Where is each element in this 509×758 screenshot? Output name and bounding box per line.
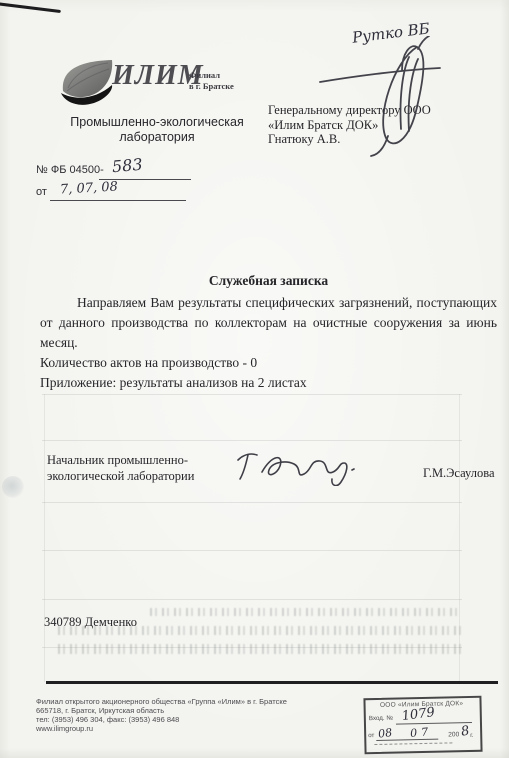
pen-stroke-artifact (0, 2, 61, 13)
hole-punch-smudge (2, 476, 24, 498)
bleed-line (42, 550, 462, 551)
memo-attachment-line: Приложение: результаты анализов на 2 лис… (40, 373, 497, 393)
memo-acts-line: Количество актов на производство - 0 (40, 353, 497, 373)
bleed-line (44, 394, 45, 682)
bleed-line (42, 394, 462, 395)
bleed-digits (58, 644, 462, 654)
stamp-date-month-handwritten: 07 (410, 725, 433, 740)
esaulova-signature (236, 446, 356, 486)
stamp-year-digit-handwritten: 8 (460, 724, 471, 740)
signoff-position-line: Начальник промышленно- (47, 452, 194, 468)
bleed-line (42, 599, 462, 600)
scanned-memo-page: ИЛИМ Филиал в г. Братске Промышленно-эко… (0, 0, 509, 758)
doc-date-label: от (36, 186, 47, 198)
memo-paragraph: Направляем Вам результаты специфических … (40, 293, 497, 353)
doc-date-line (50, 200, 186, 201)
footer-rule (46, 681, 498, 684)
department-name: лаборатория (56, 130, 258, 144)
ilim-leaf-logo-icon (60, 58, 116, 108)
stamp-year-printed: 200 (448, 731, 459, 738)
branch-label: в г. Братске (189, 81, 234, 91)
footer-line: 665718, г. Братск, Иркутская область (36, 706, 287, 715)
memo-title: Служебная записка (40, 271, 497, 291)
stamp-date-label: от (368, 732, 374, 739)
stamp-microtext-line (374, 742, 452, 745)
contact-line: 340789 Демченко (44, 615, 137, 630)
branch-label: Филиал (189, 70, 220, 80)
footer-link: www.ilimgroup.ru (36, 724, 287, 733)
bleed-digits (150, 608, 462, 616)
footer-line: Филиал открытого акционерного общества «… (36, 697, 287, 706)
signoff-position-line: экологической лаборатории (47, 468, 194, 484)
footer-block: Филиал открытого акционерного общества «… (36, 697, 287, 733)
bleed-line (42, 440, 462, 441)
doc-date-handwritten: 7, 07, 08 (60, 179, 119, 197)
doc-number-label: № ФБ 04500- (36, 164, 104, 176)
incoming-stamp: ООО «Илим Братск ДОК» Вход. № 1079 от 08… (363, 696, 482, 754)
stamp-date-day-handwritten: 08 (377, 726, 393, 741)
stamp-date-line (376, 739, 438, 741)
bleed-line (459, 394, 460, 682)
director-signature (316, 36, 451, 161)
signoff-name: Г.М.Эсаулова (423, 466, 495, 481)
doc-number-handwritten: 583 (111, 155, 143, 177)
stamp-entry-label: Вход. № (369, 715, 393, 723)
signoff-position: Начальник промышленно- экологической лаб… (47, 452, 194, 484)
stamp-year-suffix: г. (470, 732, 473, 739)
department-name: Промышленно-экологическая (56, 115, 258, 129)
bleed-line (42, 502, 462, 503)
stamp-entry-number-handwritten: 1079 (401, 705, 436, 724)
memo-body: Служебная записка Направляем Вам результ… (40, 271, 497, 393)
footer-line: тел: (3953) 496 304, факс: (3953) 496 84… (36, 715, 287, 724)
